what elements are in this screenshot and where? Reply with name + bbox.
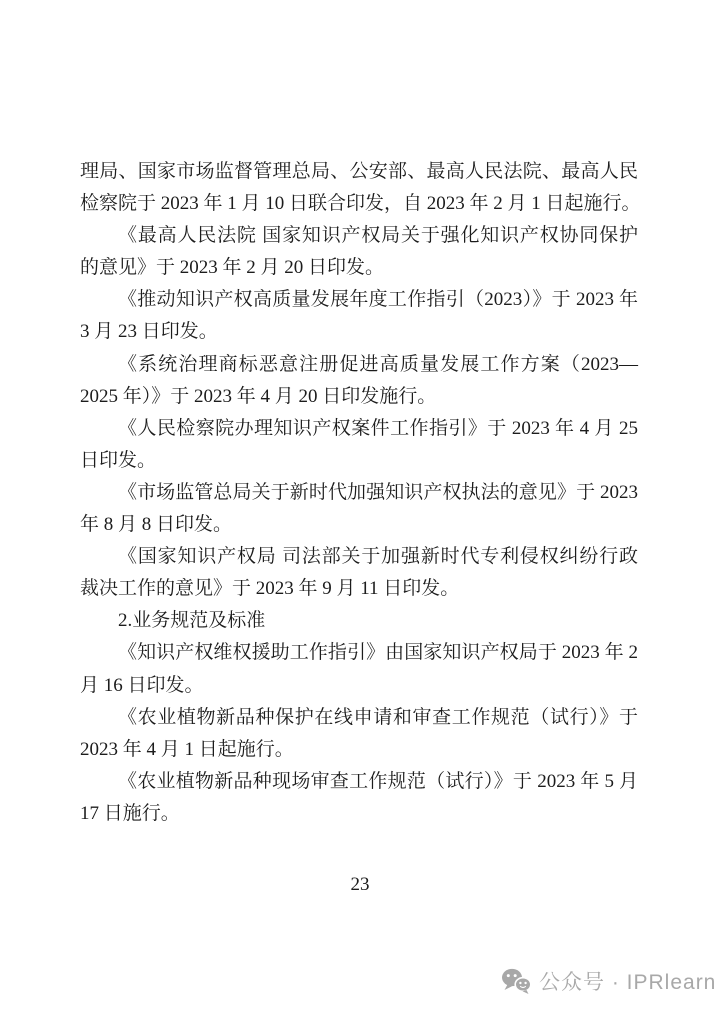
text-line: 《市场监管总局关于新时代加强知识产权执法的意见》于 2023 bbox=[80, 477, 638, 509]
wechat-account-badge: 公众号 · IPRlearn bbox=[500, 963, 716, 999]
wechat-account-label: 公众号 · IPRlearn bbox=[539, 966, 716, 996]
text-line: 《农业植物新品种现场审查工作规范（试行）》于 2023 年 5 月 bbox=[80, 766, 638, 798]
text-line: 检察院于 2023 年 1 月 10 日联合印发，自 2023 年 2 月 1 … bbox=[80, 188, 638, 220]
page-number: 23 bbox=[0, 874, 720, 896]
text-line: 2025 年）》于 2023 年 4 月 20 日印发施行。 bbox=[80, 381, 638, 413]
text-line: 理局、国家市场监督管理总局、公安部、最高人民法院、最高人民 bbox=[80, 156, 638, 188]
document-page: 理局、国家市场监督管理总局、公安部、最高人民法院、最高人民检察院于 2023 年… bbox=[0, 0, 720, 1011]
text-line: 《知识产权维权援助工作指引》由国家知识产权局于 2023 年 2 bbox=[80, 637, 638, 669]
text-line: 日印发。 bbox=[80, 445, 638, 477]
text-line: 裁决工作的意见》于 2023 年 9 月 11 日印发。 bbox=[80, 573, 638, 605]
text-line: 《系统治理商标恶意注册促进高质量发展工作方案（2023— bbox=[80, 349, 638, 381]
text-line: 2.业务规范及标准 bbox=[80, 605, 638, 637]
text-line: 3 月 23 日印发。 bbox=[80, 316, 638, 348]
text-line: 17 日施行。 bbox=[80, 798, 638, 830]
text-line: 《最高人民法院 国家知识产权局关于强化知识产权协同保护 bbox=[80, 220, 638, 252]
text-line: 《推动知识产权高质量发展年度工作指引（2023）》于 2023 年 bbox=[80, 284, 638, 316]
text-line: 月 16 日印发。 bbox=[80, 670, 638, 702]
text-line: 《国家知识产权局 司法部关于加强新时代专利侵权纠纷行政 bbox=[80, 541, 638, 573]
text-line: 的意见》于 2023 年 2 月 20 日印发。 bbox=[80, 252, 638, 284]
wechat-icon bbox=[500, 967, 532, 995]
text-line: 《人民检察院办理知识产权案件工作指引》于 2023 年 4 月 25 bbox=[80, 413, 638, 445]
text-line: 2023 年 4 月 1 日起施行。 bbox=[80, 734, 638, 766]
text-line: 《农业植物新品种保护在线申请和审查工作规范（试行）》于 bbox=[80, 702, 638, 734]
text-line: 年 8 月 8 日印发。 bbox=[80, 509, 638, 541]
document-body: 理局、国家市场监督管理总局、公安部、最高人民法院、最高人民检察院于 2023 年… bbox=[80, 156, 638, 830]
